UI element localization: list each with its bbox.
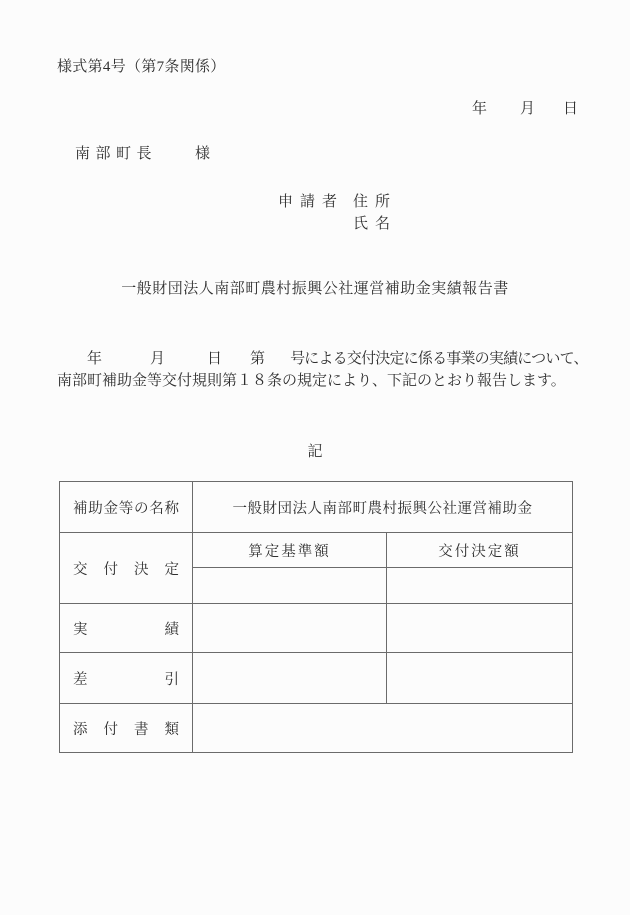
note-mark: 記 bbox=[0, 440, 630, 461]
report-table: 補助金等の名称 一般財団法人南部町農村振興公社運営補助金 交付決定 算定基準額 … bbox=[59, 481, 573, 753]
applicant-address-row: 申請者住所 bbox=[278, 191, 397, 213]
calc-basis-header: 算定基準額 bbox=[193, 533, 387, 568]
grant-decision-amount-cell bbox=[387, 568, 573, 604]
grant-decision-basis-cell bbox=[193, 568, 387, 604]
form-number: 様式第4号（第7条関係） bbox=[57, 55, 226, 76]
body-paragraph: 年月日第号による交付決定に係る事業の実績について、 南部町補助金等交付規則第１８… bbox=[57, 348, 617, 392]
month-label: 月 bbox=[520, 101, 535, 117]
date-line: 年月日 bbox=[472, 97, 578, 118]
table-row-subsidy-name: 補助金等の名称 一般財団法人南部町農村振興公社運営補助金 bbox=[60, 482, 573, 533]
body-line1-text: 号による交付決定に係る事業の実績について、 bbox=[290, 348, 588, 370]
difference-basis-cell bbox=[193, 653, 387, 704]
difference-amount-cell bbox=[387, 653, 573, 704]
subsidy-name-value: 一般財団法人南部町農村振興公社運営補助金 bbox=[193, 482, 573, 533]
document-page: 様式第4号（第7条関係） 年月日 南部町長様 申請者住所 氏名 一般財団法人南部… bbox=[0, 0, 630, 915]
actual-basis-cell bbox=[193, 604, 387, 653]
document-title: 一般財団法人南部町農村振興公社運営補助金実績報告書 bbox=[0, 277, 630, 298]
body-month-label: 月 bbox=[150, 348, 165, 370]
attachments-cell bbox=[193, 704, 573, 753]
subsidy-name-label: 補助金等の名称 bbox=[60, 482, 193, 533]
recipient-name: 南部町長 bbox=[75, 146, 157, 162]
table-row-attachments: 添付書類 bbox=[60, 704, 573, 753]
year-label: 年 bbox=[472, 101, 487, 117]
body-line-1: 年月日第号による交付決定に係る事業の実績について、 bbox=[57, 348, 617, 370]
name-label: 氏名 bbox=[353, 213, 397, 235]
recipient-honorific: 様 bbox=[195, 146, 210, 162]
grant-amount-header: 交付決定額 bbox=[387, 533, 573, 568]
difference-label: 差引 bbox=[60, 653, 193, 704]
actual-label: 実績 bbox=[60, 604, 193, 653]
body-day-label: 日 bbox=[207, 348, 222, 370]
table-row-grant-decision-header: 交付決定 算定基準額 交付決定額 bbox=[60, 533, 573, 568]
day-label: 日 bbox=[563, 101, 578, 117]
recipient-line: 南部町長様 bbox=[75, 142, 210, 163]
applicant-block: 申請者住所 氏名 bbox=[278, 191, 397, 235]
grant-decision-label: 交付決定 bbox=[60, 533, 193, 604]
body-line-2: 南部町補助金等交付規則第１８条の規定により、下記のとおり報告します。 bbox=[57, 370, 617, 392]
table-row-actual: 実績 bbox=[60, 604, 573, 653]
applicant-label: 申請者 bbox=[278, 191, 344, 213]
applicant-name-row: 氏名 bbox=[278, 213, 397, 235]
actual-amount-cell bbox=[387, 604, 573, 653]
body-year-label: 年 bbox=[87, 348, 102, 370]
body-dai-label: 第 bbox=[250, 348, 265, 370]
table-row-difference: 差引 bbox=[60, 653, 573, 704]
attachments-label: 添付書類 bbox=[60, 704, 193, 753]
address-label: 住所 bbox=[353, 191, 397, 213]
